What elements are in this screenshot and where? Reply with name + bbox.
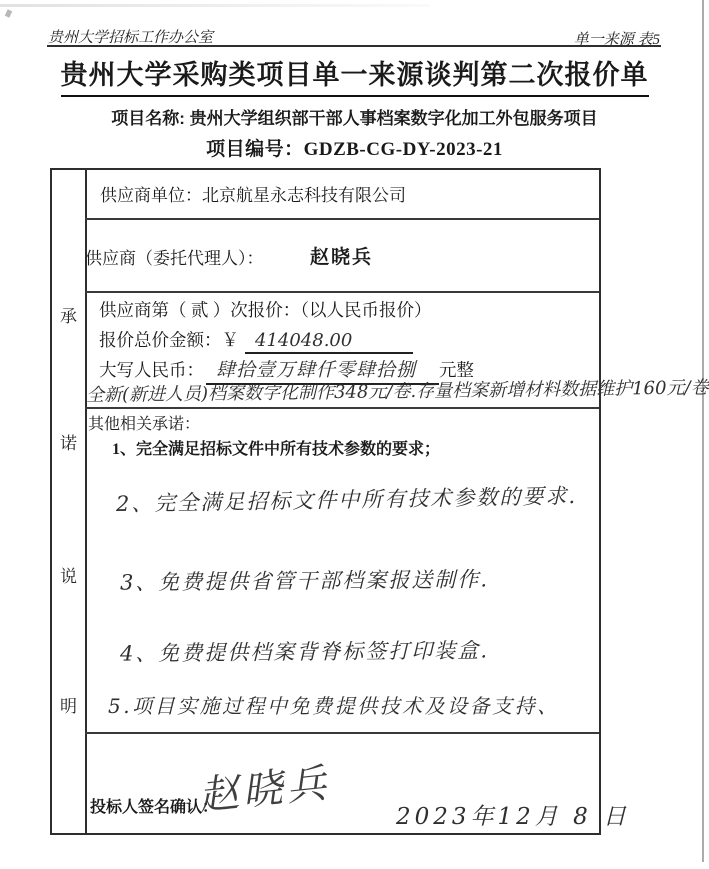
commitment-item-4-handwritten: 4、免费提供档案背脊标签打印装盒. bbox=[120, 634, 489, 667]
scan-top-streak bbox=[0, 4, 430, 7]
project-number-line: 项目编号：GDZB-CG-DY-2023-21 bbox=[0, 134, 709, 161]
commitment-item-5-handwritten: 5.项目实施过程中免费提供技术及设备支持、 bbox=[108, 690, 560, 719]
amount-in-words-label: 大写人民币： bbox=[99, 360, 204, 380]
total-price-line: 报价总价金额：￥414048.00 bbox=[99, 327, 413, 354]
commitment-item-1: 1、完全满足招标文件中所有技术参数的要求； bbox=[112, 436, 440, 459]
agent-label: 供应商（委托代理人）： bbox=[85, 244, 264, 269]
side-label-nuo: 诺 bbox=[52, 429, 85, 454]
other-commitments-header: 其他相关承诺： bbox=[88, 411, 200, 434]
row-divider-4 bbox=[85, 732, 599, 734]
total-price-underline: 414048.00 bbox=[245, 330, 413, 354]
side-label-shuo: 说 bbox=[52, 562, 85, 587]
side-label-cheng: 承 bbox=[52, 302, 85, 327]
row-divider-3 bbox=[85, 407, 599, 409]
supplier-unit-line: 供应商单位：北京航星永志科技有限公司 bbox=[100, 181, 406, 206]
signature-date: 2023年12月 8 日 bbox=[396, 798, 630, 831]
header-office-name: 贵州大学招标工作办公室 bbox=[48, 26, 213, 47]
agent-name: 赵晓兵 bbox=[310, 242, 373, 269]
row-divider-1 bbox=[85, 218, 599, 220]
scan-speck bbox=[5, 9, 12, 17]
total-price-label: 报价总价金额：￥ bbox=[99, 330, 239, 350]
header-rule bbox=[47, 45, 661, 47]
row-divider-2 bbox=[85, 291, 599, 293]
total-price-value: 414048.00 bbox=[255, 330, 352, 351]
scan-right-edge bbox=[702, 0, 704, 862]
title-row: 贵州大学采购类项目单一来源谈判第二次报价单 bbox=[0, 53, 709, 97]
side-label-ming: 明 bbox=[52, 692, 85, 717]
scanned-quotation-form: 贵州大学招标工作办公室 单一来源 表5 贵州大学采购类项目单一来源谈判第二次报价… bbox=[0, 0, 709, 869]
quote-round-line: 供应商第（ 贰 ）次报价：（以人民币报价） bbox=[99, 297, 432, 322]
commitment-item-3-handwritten: 3、免费提供省管干部档案报送制作. bbox=[120, 563, 489, 596]
project-name-line: 项目名称: 贵州大学组织部干部人事档案数字化加工外包服务项目 bbox=[0, 104, 709, 129]
page-title: 贵州大学采购类项目单一来源谈判第二次报价单 bbox=[61, 53, 649, 97]
